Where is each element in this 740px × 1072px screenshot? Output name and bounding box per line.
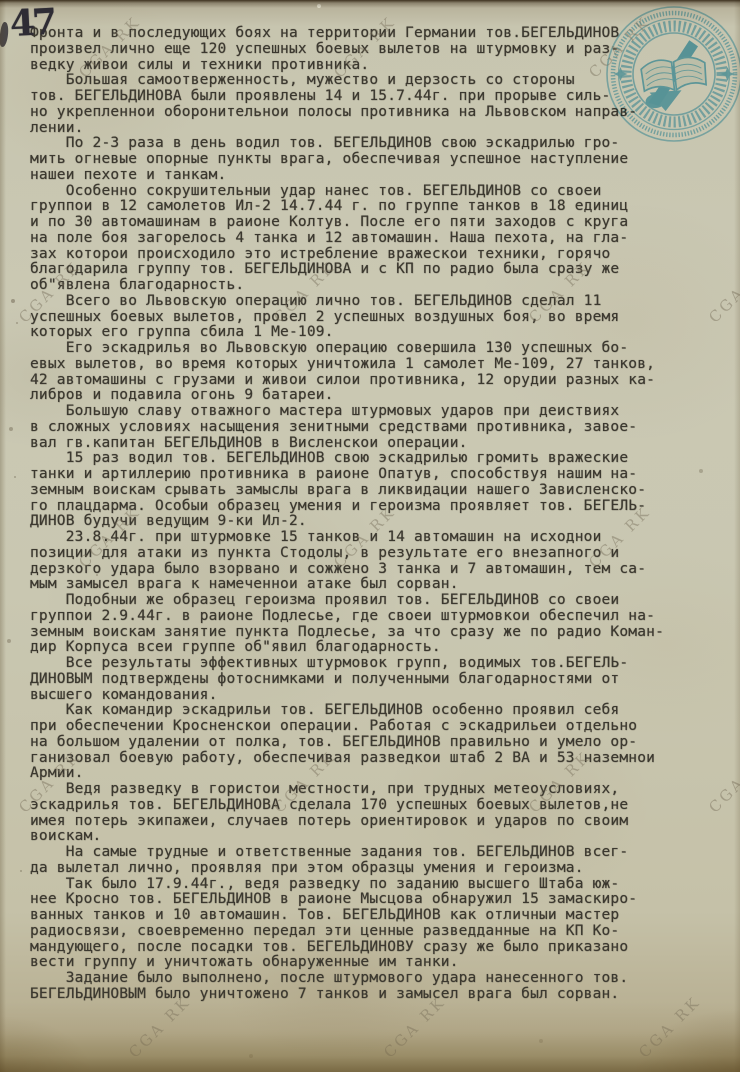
watermark-text: CGA RK	[380, 993, 449, 1062]
text-line: на большом удалении от полка, тов. БЕГЕЛ…	[30, 735, 720, 751]
text-line: 42 автомашины с грузами и живои силои пр…	[30, 373, 720, 389]
text-line: мым замысел врага к намеченнои атаке был…	[30, 577, 720, 593]
page-number: 47	[9, 1, 55, 45]
text-line: земным воискам занятие пункта Подлесье, …	[30, 625, 720, 641]
watermark-text: CGA RK	[635, 993, 704, 1062]
text-line: 23.8.44г. при штурмовке 15 танков и 14 а…	[30, 530, 720, 546]
watermark-text: CGA RK	[125, 993, 194, 1062]
text-line: в сложных условиях насыщения зенитными с…	[30, 420, 720, 436]
text-line: Задание было выполнено, после штурмового…	[30, 971, 720, 987]
text-line: дир Корпуса всеи группе об"явил благодар…	[30, 640, 720, 656]
text-line: позиции для атаки из пункта Стодолы, в р…	[30, 546, 720, 562]
text-line: благодарила группу тов. БЕГЕЛЬДИНОВА и с…	[30, 262, 720, 278]
text-line: Подобныи же образец героизма проявил тов…	[30, 593, 720, 609]
text-line: зах которои происходило это истребление …	[30, 247, 720, 263]
text-line: На самые трудные и ответственные задания…	[30, 845, 720, 861]
text-line: либров и подавила огонь 9 батареи.	[30, 388, 720, 404]
text-line: танки и артиллерию противника в раионе О…	[30, 467, 720, 483]
text-line: Так было 17.9.44г., ведя разведку по зад…	[30, 877, 720, 893]
text-line: мандующего, после посадки тов. БЕГЕЛЬДИН…	[30, 940, 720, 956]
text-line: Особенно сокрушительныи удар нанес тов. …	[30, 184, 720, 200]
text-line: 15 раз водил тов. БЕГЕЛЬДИНОВ свою эскад…	[30, 451, 720, 467]
paper-specks	[0, 0, 2, 2]
archive-stamp	[596, 0, 740, 152]
text-line: ДИНОВЫМ подтверждены фотоснимками и полу…	[30, 672, 720, 688]
text-line: Армии.	[30, 766, 720, 782]
text-line: ганизовал боевую работу, обеспечивая раз…	[30, 751, 720, 767]
text-line: группои 2.9.44г. в раионе Подлесье, где …	[30, 609, 720, 625]
text-line: вал гв.капитан БЕГЕЛЬДИНОВ в Висленскои …	[30, 436, 720, 452]
text-line: земным воискам срывать замыслы врага в л…	[30, 483, 720, 499]
text-line: группои в 12 самолетов Ил-2 14.7.44 г. п…	[30, 199, 720, 215]
text-line: которых его группа сбила 1 Ме-109.	[30, 325, 720, 341]
text-line: да вылетал лично, проявляя при этом обра…	[30, 861, 720, 877]
document-page: 47 Фронта и в последующих боях на террит…	[0, 0, 740, 1072]
text-line: Его эскадрилья во Львовскую операцию сов…	[30, 341, 720, 357]
text-line: ДИНОВ будучи ведущим 9-ки Ил-2.	[30, 514, 720, 530]
text-line: мить огневые опорные пункты врага, обесп…	[30, 152, 720, 168]
text-line: дерзкого удара было взорвано и сожжено 3…	[30, 562, 720, 578]
text-line: го плацдарма. Особыи образец умения и ге…	[30, 499, 720, 515]
text-line: об"явлена благодарность.	[30, 278, 720, 294]
text-line: эскадрилья тов. БЕГЕЛЬДИНОВА сделала 170…	[30, 798, 720, 814]
open-book-quill-icon	[639, 39, 710, 113]
text-line: имея потерь экипажеи, случаев потерь ори…	[30, 814, 720, 830]
text-line: высшего командования.	[30, 688, 720, 704]
text-line: БЕГЕЛЬДИНОВЫМ было уничтожено 7 танков и…	[30, 987, 720, 1003]
text-line: на поле боя загорелось 4 танка и 12 авто…	[30, 231, 720, 247]
typewritten-text: Фронта и в последующих боях на территори…	[30, 26, 720, 1003]
text-line: нашеи пехоте и танкам.	[30, 168, 720, 184]
text-line: при обеспечении Кросненскои операции. Ра…	[30, 719, 720, 735]
text-line: Большую славу отважного мастера штурмовы…	[30, 404, 720, 420]
text-line: Все результаты эффективных штурмовок гру…	[30, 656, 720, 672]
text-line: радиосвязи, своевременно передал эти цен…	[30, 924, 720, 940]
text-line: нее Кросно тов. БЕГЕЛЬДИНОВ в раионе Мыс…	[30, 892, 720, 908]
text-line: Как командир эскадрильи тов. БЕГЕЛЬДИНОВ…	[30, 703, 720, 719]
text-line: евых вылетов, во время которых уничтожил…	[30, 357, 720, 373]
text-line: и по 30 автомашинам в раионе Колтув. Пос…	[30, 215, 720, 231]
text-line: ванных танков и 10 автомашин. Тов. БЕГЕЛ…	[30, 908, 720, 924]
text-line: Ведя разведку в гористои местности, при …	[30, 782, 720, 798]
text-line: успешных боевых вылетов, провел 2 успешн…	[30, 310, 720, 326]
ink-blot	[0, 22, 10, 48]
text-line: воискам.	[30, 829, 720, 845]
text-line: вести группу и уничтожать обнаруженные и…	[30, 955, 720, 971]
text-line: Всего во Львовскую операцию лично тов. Б…	[30, 294, 720, 310]
